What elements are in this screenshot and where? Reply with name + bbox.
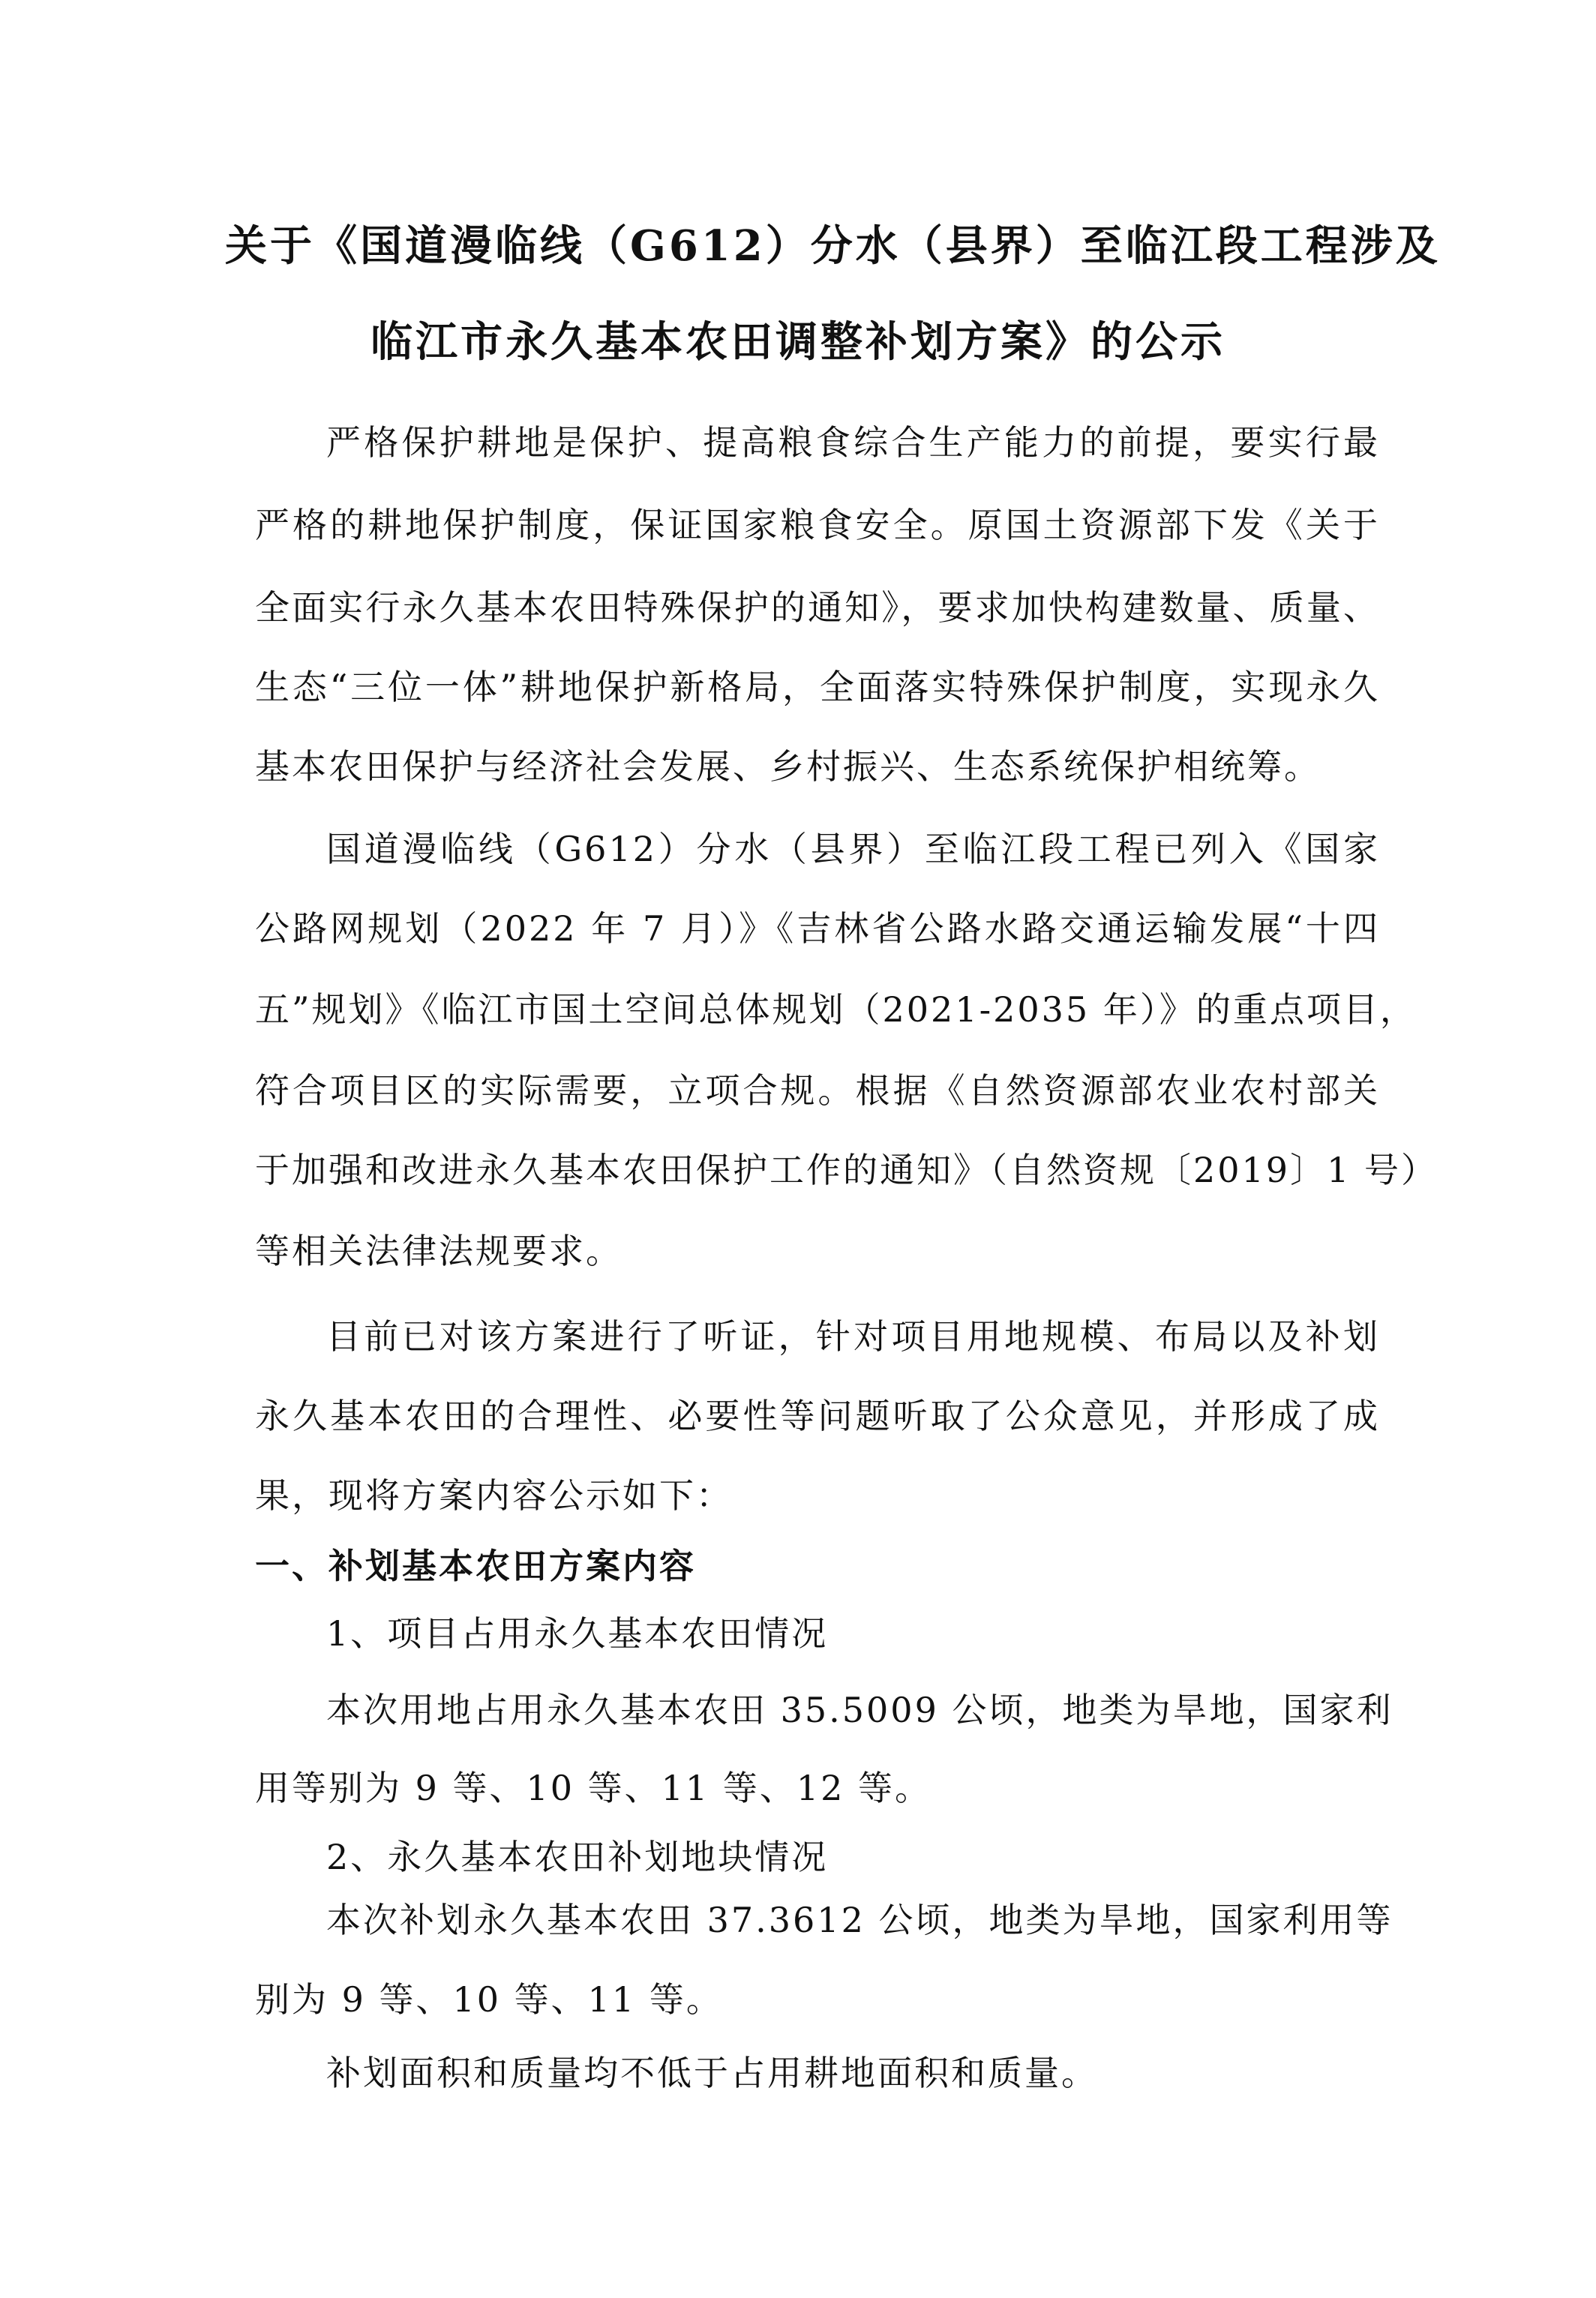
subsection-1-line-2: 用等别为 9 等、10 等、11 等、12 等。 [255,1765,1380,1810]
paragraph-1-line-5: 基本农田保护与经济社会发展、乡村振兴、生态系统保护相统筹。 [255,744,1380,789]
subsection-1-line-1: 本次用地占用永久基本农田 35.5009 公顷，地类为旱地，国家利 [326,1687,1380,1732]
paragraph-2-line-1: 国道漫临线（G612）分水（县界）至临江段工程已列入《国家 [326,826,1380,871]
section-1-closing: 补划面积和质量均不低于占用耕地面积和质量。 [326,2050,1380,2095]
subsection-1-heading: 1、项目占用永久基本农田情况 [326,1611,1380,1656]
document-title-line-1: 关于《国道漫临线（G612）分水（县界）至临江段工程涉及 [225,219,1371,273]
paragraph-3-line-3: 果，现将方案内容公示如下： [255,1473,1380,1518]
paragraph-1-line-1: 严格保护耕地是保护、提高粮食综合生产能力的前提，要实行最 [326,420,1380,465]
paragraph-2-line-2: 公路网规划（2022 年 7 月）》《吉林省公路水路交通运输发展“十四 [255,906,1380,951]
subsection-2-line-1: 本次补划永久基本农田 37.3612 公顷，地类为旱地，国家利用等 [326,1897,1380,1942]
subsection-2-line-2: 别为 9 等、10 等、11 等。 [255,1977,1380,2022]
paragraph-3-line-2: 永久基本农田的合理性、必要性等问题听取了公众意见，并形成了成 [255,1393,1380,1438]
paragraph-2-line-4: 符合项目区的实际需要，立项合规。根据《自然资源部农业农村部关 [255,1068,1380,1113]
paragraph-2-line-5: 于加强和改进永久基本农田保护工作的通知》（自然资规〔2019〕1 号） [255,1147,1380,1192]
paragraph-1-line-2: 严格的耕地保护制度，保证国家粮食安全。原国土资源部下发《关于 [255,502,1380,547]
paragraph-1-line-4: 生态“三位一体”耕地保护新格局，全面落实特殊保护制度，实现永久 [255,664,1380,709]
paragraph-2-line-3: 五”规划》《临江市国土空间总体规划（2021-2035 年）》的重点项目， [255,987,1380,1032]
subsection-2-heading: 2、永久基本农田补划地块情况 [326,1834,1380,1879]
section-1-heading: 一、补划基本农田方案内容 [255,1543,1380,1588]
paragraph-1-line-3: 全面实行永久基本农田特殊保护的通知》，要求加快构建数量、质量、 [255,585,1380,630]
document-title-line-2: 临江市永久基本农田调整补划方案》的公示 [225,315,1371,369]
paragraph-3-line-1: 目前已对该方案进行了听证，针对项目用地规模、布局以及补划 [326,1314,1380,1359]
document-page: 关于《国道漫临线（G612）分水（县界）至临江段工程涉及 临江市永久基本农田调整… [0,0,1596,2298]
paragraph-2-line-6: 等相关法律法规要求。 [255,1228,1380,1273]
